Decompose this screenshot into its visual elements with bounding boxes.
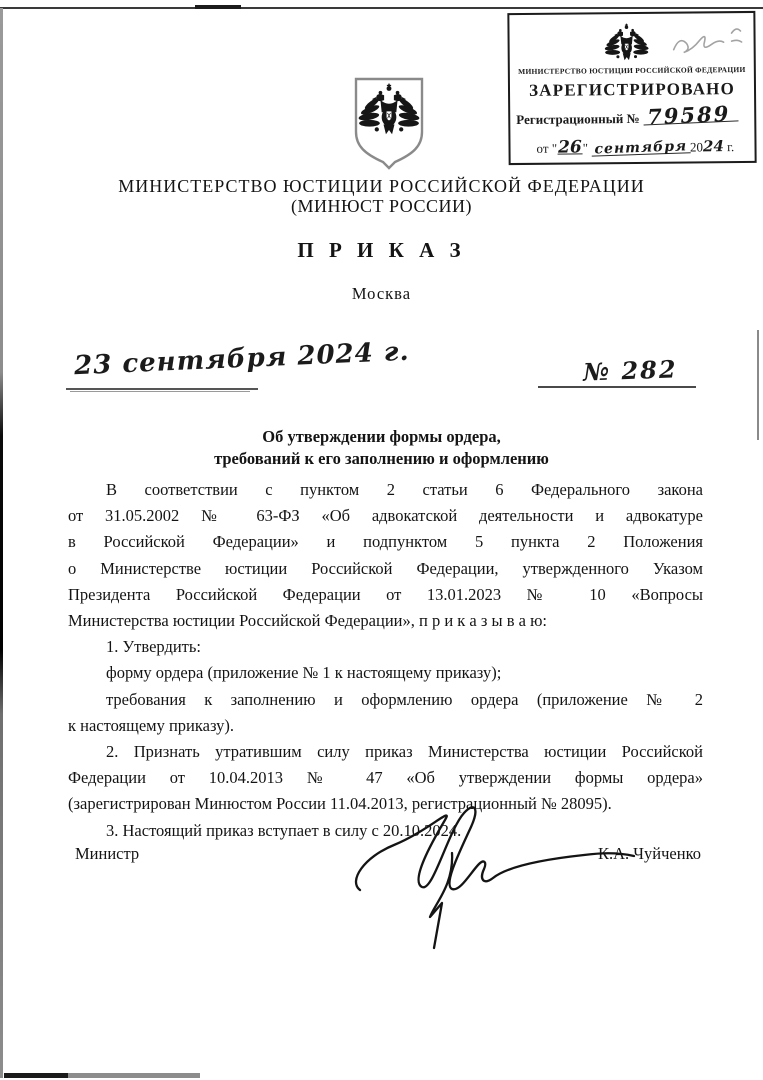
stamp-date-year-written: 24 bbox=[703, 137, 724, 155]
body-line: требования к заполнению и оформлению орд… bbox=[68, 687, 703, 713]
stamp-reg-number-label: Регистрационный № bbox=[516, 111, 640, 127]
registration-stamp: МИНИСТЕРСТВО ЮСТИЦИИ РОССИЙСКОЙ ФЕДЕРАЦИ… bbox=[507, 11, 756, 165]
scan-border-top bbox=[0, 7, 763, 9]
scanned-order-page: МИНИСТЕРСТВО ЮСТИЦИИ РОССИЙСКОЙ ФЕДЕРАЦИ… bbox=[0, 0, 763, 1080]
stamp-date-close-quote: " bbox=[583, 140, 588, 155]
order-number-underline bbox=[538, 386, 696, 388]
order-title-line1: Об утверждении формы ордера, bbox=[64, 426, 699, 448]
stamp-date-prefix: от bbox=[536, 141, 548, 156]
stamp-date-day: 26 bbox=[557, 141, 583, 154]
coat-of-arms-emblem bbox=[351, 76, 427, 172]
scan-border-bottom-gray bbox=[68, 1073, 200, 1078]
scan-border-bottom-dark bbox=[4, 1073, 68, 1078]
stamp-date-year-printed: 20 bbox=[690, 139, 703, 154]
body-line: 1. Утвердить: bbox=[68, 634, 703, 660]
handwritten-date: 23 сентября 2024 г. bbox=[74, 337, 411, 382]
stamp-eagle-icon bbox=[604, 22, 648, 64]
body-line: Федерации от 10.04.2013 № 47 «Об утвержд… bbox=[68, 765, 703, 791]
stamp-reg-number-value: 79589 bbox=[643, 106, 739, 125]
body-line: Президента Российской Федерации от 13.01… bbox=[68, 582, 703, 608]
body-line: Министерства юстиции Российской Федераци… bbox=[68, 608, 703, 634]
minister-signature bbox=[330, 793, 660, 953]
order-title-line2: требований к его заполнению и оформлению bbox=[64, 448, 699, 470]
body-line: В соответствии с пунктом 2 статьи 6 Феде… bbox=[68, 477, 703, 503]
stamp-registered-label: ЗАРЕГИСТРИРОВАНО bbox=[510, 79, 754, 101]
body-line: к настоящему приказу). bbox=[68, 713, 703, 739]
ministry-title: МИНИСТЕРСТВО ЮСТИЦИИ РОССИЙСКОЙ ФЕДЕРАЦИ… bbox=[64, 176, 699, 197]
stamp-date-month: сентября bbox=[591, 141, 690, 156]
scan-border-top-tick bbox=[195, 5, 241, 9]
stamp-registration-date: от "26" сентября2024 г. bbox=[536, 137, 746, 157]
stamp-ministry-line: МИНИСТЕРСТВО ЮСТИЦИИ РОССИЙСКОЙ ФЕДЕРАЦИ… bbox=[510, 65, 754, 76]
body-line: 2. Признать утратившим силу приказ Минис… bbox=[68, 739, 703, 765]
ministry-short-title: (МИНЮСТ РОССИИ) bbox=[64, 196, 699, 217]
scan-border-left bbox=[0, 8, 3, 1078]
signatory-name: К.А. Чуйченко bbox=[598, 844, 701, 864]
body-line: о Министерстве юстиции Российской Федера… bbox=[68, 556, 703, 582]
pencil-annotation-icon bbox=[669, 25, 745, 64]
date-underline-secondary bbox=[70, 391, 250, 392]
order-body: В соответствии с пунктом 2 статьи 6 Феде… bbox=[68, 477, 703, 844]
body-line: в Российской Федерации» и подпунктом 5 п… bbox=[68, 529, 703, 555]
scan-border-right bbox=[757, 330, 759, 440]
signatory-position-label: Министр bbox=[75, 844, 139, 864]
date-underline bbox=[66, 388, 258, 390]
stamp-registration-number: Регистрационный № 79589 bbox=[516, 108, 752, 128]
stamp-date-era: г. bbox=[727, 139, 734, 154]
body-line: от 31.05.2002 № 63-ФЗ «Об адвокатской де… bbox=[68, 503, 703, 529]
body-line: форму ордера (приложение № 1 к настоящем… bbox=[68, 660, 703, 686]
order-title: Об утверждении формы ордера, требований … bbox=[64, 426, 699, 469]
city-label: Москва bbox=[64, 284, 699, 304]
handwritten-order-number: № 282 bbox=[583, 354, 679, 386]
document-type-title: П Р И К А З bbox=[64, 238, 699, 263]
